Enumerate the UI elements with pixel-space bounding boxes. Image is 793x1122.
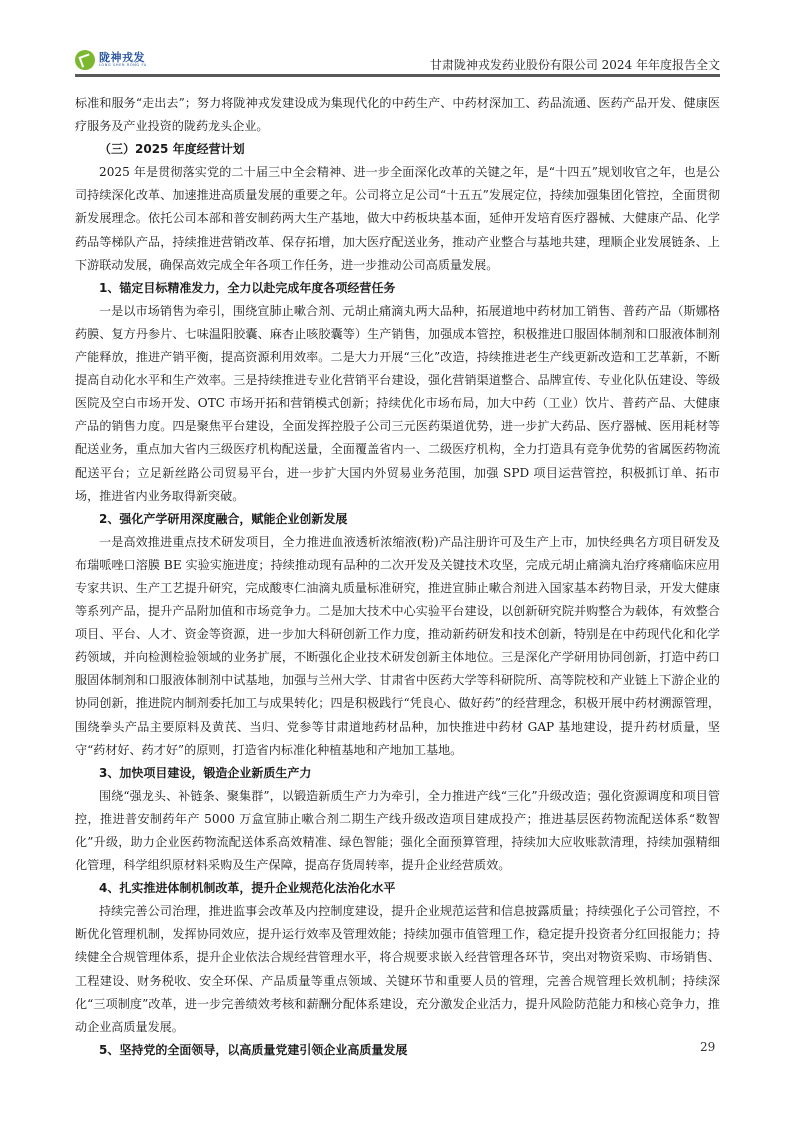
body-paragraph: 一是以市场销售为牵引，围绕宣肺止嗽合剂、元胡止痛滴丸两大品种，拓展道地中药材加工…	[75, 300, 720, 508]
subsection-heading-1: 1、锚定目标精准发力，全力以赴完成年度各项经营任务	[75, 277, 720, 300]
section-heading: （三）2025 年度经营计划	[75, 138, 720, 161]
page-header: 陇神戎发 LONG SHEN RONG FA 甘肃陇神戎发药业股份有限公司 20…	[75, 50, 720, 74]
subsection-heading-3: 3、加快项目建设，锻造企业新质生产力	[75, 762, 720, 785]
subsection-heading-4: 4、扎实推进体制机制改革，提升企业规范化法治化水平	[75, 877, 720, 900]
body-paragraph: 2025 年是贯彻落实党的二十届三中全会精神、进一步全面深化改革的关键之年，是“…	[75, 161, 720, 276]
subsection-heading-5: 5、坚持党的全面领导，以高质量党建引领企业高质量发展	[75, 1039, 720, 1062]
body-paragraph: 标准和服务“走出去”；努力将陇神戎发建设成为集现代化的中药生产、中药材深加工、药…	[75, 92, 720, 138]
logo-mark-icon	[75, 50, 95, 70]
body-paragraph: 持续完善公司治理，推进监事会改革及内控制度建设，提升企业规范运营和信息披露质量；…	[75, 900, 720, 1039]
header-divider	[75, 74, 720, 77]
page-number: 29	[700, 1040, 715, 1054]
logo-english-name: LONG SHEN RONG FA	[99, 64, 147, 68]
document-body: 标准和服务“走出去”；努力将陇神戎发建设成为集现代化的中药生产、中药材深加工、药…	[75, 92, 720, 1062]
company-logo: 陇神戎发 LONG SHEN RONG FA	[75, 50, 147, 70]
report-title: 甘肃陇神戎发药业股份有限公司 2024 年年度报告全文	[430, 56, 720, 73]
body-paragraph: 一是高效推进重点技术研发项目，全力推进血液透析浓缩液(粉)产品注册许可及生产上市…	[75, 531, 720, 762]
subsection-heading-2: 2、强化产学研用深度融合，赋能企业创新发展	[75, 508, 720, 531]
logo-chinese-name: 陇神戎发	[99, 52, 147, 63]
body-paragraph: 围绕“强龙头、补链条、聚集群”，以锻造新质生产力为牵引，全力推进产线“三化”升级…	[75, 785, 720, 877]
